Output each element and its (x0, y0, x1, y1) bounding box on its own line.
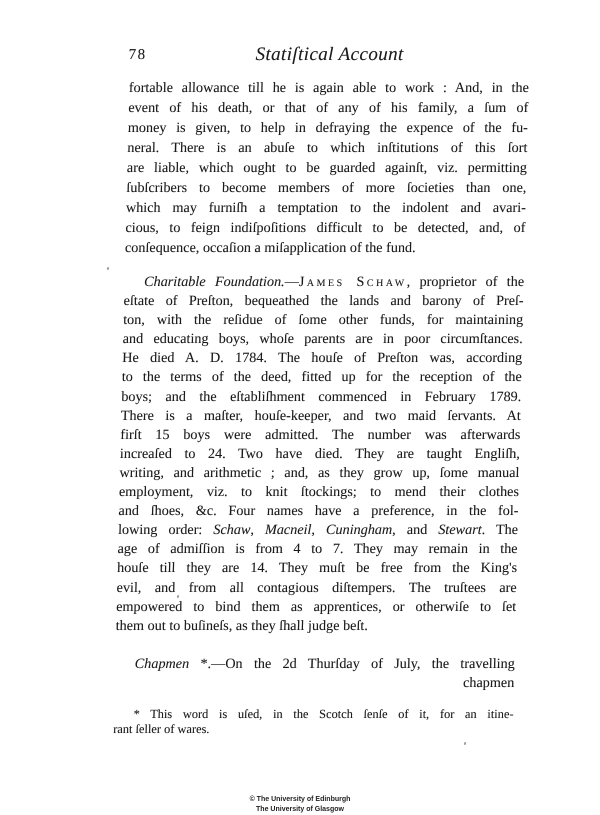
text-segment: to the terms of the deed, fitted up for … (122, 369, 522, 385)
text-segment: ſubſcribers to become members of more ſo… (126, 180, 526, 196)
text-segment: ton, with the reſidue of ſome other fund… (123, 312, 523, 328)
text-line: boys; and the eſtabliſhment commenced in… (121, 388, 521, 407)
text-line: and ſhoes, &c. Four names have a prefere… (118, 502, 518, 521)
text-segment: , and (392, 522, 438, 538)
text-segment: fortable allowance till he is again able… (129, 80, 529, 96)
text-segment: Chapmen (135, 656, 190, 672)
text-segment: conſequence, occaſion a miſapplication o… (125, 240, 416, 256)
imprint-line-2: The University of Glasgow (0, 805, 600, 815)
text-line: event of his death, or that of any of hi… (128, 98, 528, 118)
text-segment: Stewart (438, 522, 482, 538)
text-line: firſt 15 boys were admitted. The number … (120, 426, 520, 445)
text-line: houſe till they are 14. They muſt be fre… (117, 559, 517, 578)
text-line: fortable allowance till he is again able… (129, 78, 529, 98)
text-segment: He died A. D. 1784. The houſe of Preſton… (122, 350, 522, 366)
text-segment: — (284, 274, 299, 290)
text-segment: firſt 15 boys were admitted. The number … (120, 427, 520, 443)
text-line: age of admiſſion is from 4 to 7. They ma… (117, 540, 517, 559)
body-text: fortable allowance till he is again able… (113, 78, 529, 738)
page-header: 78 Statiſtical Account (129, 44, 530, 66)
text-segment: , (250, 522, 265, 538)
paragraph-chapmen: Chapmen *.—On the 2d Thurſday of July, t… (114, 655, 515, 693)
text-line: to the terms of the deed, fitted up for … (122, 368, 522, 387)
text-segment: Macneil (265, 522, 312, 538)
text-segment: event of his death, or that of any of hi… (128, 100, 528, 116)
text-line: rant ſeller of wares. (113, 722, 513, 738)
text-line: conſequence, occaſion a miſapplication o… (125, 238, 525, 258)
text-segment: . The (481, 522, 518, 538)
text-line: them out to buſineſs, as they ſhall judg… (115, 617, 515, 636)
text-line: eſtate of Preſton, bequeathed the lands … (123, 292, 523, 311)
text-line: He died A. D. 1784. The houſe of Preſton… (122, 349, 522, 368)
text-segment: which may furniſh a temptation to the in… (126, 200, 526, 216)
text-segment: boys; and the eſtabliſhment commenced in… (121, 389, 521, 405)
scan-artifact (464, 742, 467, 746)
text-line: money is given, to help in defraying the… (128, 118, 528, 138)
text-segment: and educating boys, whoſe parents are in… (123, 331, 523, 347)
text-line: neral. There is an abuſe to which inſtit… (127, 138, 527, 158)
text-segment: rant ſeller of wares. (113, 722, 210, 736)
text-segment: them out to buſineſs, as they ſhall judg… (116, 618, 369, 634)
text-line: There is a maſter, houſe-keeper, and two… (121, 407, 521, 426)
text-segment: age of admiſſion is from 4 to 7. They ma… (117, 541, 517, 557)
paragraph-charitable-foundation: Charitable Foundation.—James Schaw, prop… (115, 273, 524, 636)
text-segment: money is given, to help in defraying the… (128, 120, 528, 136)
page-content: 78 Statiſtical Account fortable allowanc… (113, 0, 531, 738)
text-segment: lowing order: (118, 522, 214, 538)
text-segment: are liable, which ought to be guarded ag… (127, 160, 527, 176)
text-line: are liable, which ought to be guarded ag… (127, 158, 527, 178)
text-segment: evil, and from all contagious diſtempers… (116, 580, 516, 596)
text-line: Chapmen *.—On the 2d Thurſday of July, t… (115, 655, 515, 674)
text-line: which may furniſh a temptation to the in… (126, 198, 526, 218)
catchword: chapmen (114, 674, 514, 693)
running-title: Statiſtical Account (129, 44, 530, 66)
text-segment: , (311, 522, 326, 538)
text-segment: and ſhoes, &c. Four names have a prefere… (118, 503, 518, 519)
text-line: * This word is uſed, in the Scotch ſenſe… (113, 707, 513, 723)
footnote: * This word is uſed, in the Scotch ſenſe… (113, 707, 514, 738)
text-segment: James Schaw (299, 274, 407, 290)
text-segment: eſtate of Preſton, bequeathed the lands … (123, 293, 523, 309)
text-segment: *.—On the 2d Thurſday of July, the trave… (189, 656, 515, 672)
scan-artifact (107, 267, 110, 271)
text-segment: There is a maſter, houſe-keeper, and two… (121, 408, 521, 424)
scanned-book-page: 78 Statiſtical Account fortable allowanc… (0, 0, 600, 815)
text-line: writing, and arithmetic ; and, as they g… (119, 464, 519, 483)
text-segment: Charitable Foundation. (144, 274, 285, 290)
text-segment: chapmen (463, 675, 515, 691)
text-line: lowing order: Schaw, Macneil, Cuningham,… (118, 521, 518, 540)
text-line: increaſed to 24. Two have died. They are… (120, 445, 520, 464)
text-segment: writing, and arithmetic ; and, as they g… (119, 465, 519, 481)
text-segment: employment, viz. to knit ſtockings; to m… (119, 484, 519, 500)
digitization-credit: © The University of Edinburgh The Univer… (0, 795, 600, 815)
text-line: ton, with the reſidue of ſome other fund… (123, 311, 523, 330)
text-segment: Schaw (213, 522, 250, 538)
text-line: empowered to bind them as apprentices, o… (116, 598, 516, 617)
text-line: ſubſcribers to become members of more ſo… (126, 178, 526, 198)
text-line: employment, viz. to knit ſtockings; to m… (119, 483, 519, 502)
paragraph-continuation: fortable allowance till he is again able… (125, 78, 529, 258)
text-segment: empowered to bind them as apprentices, o… (116, 599, 516, 615)
imprint-line-1: © The University of Edinburgh (0, 795, 600, 805)
text-line: cious, to feign indiſpoſitions difficult… (125, 218, 525, 238)
text-line: and educating boys, whoſe parents are in… (122, 330, 522, 349)
text-segment: neral. There is an abuſe to which inſtit… (127, 140, 527, 156)
text-segment: cious, to feign indiſpoſitions difficult… (125, 220, 525, 236)
text-line: Charitable Foundation.—James Schaw, prop… (124, 273, 524, 292)
text-segment: * This word is uſed, in the Scotch ſenſe… (133, 707, 513, 721)
text-segment: increaſed to 24. Two have died. They are… (120, 446, 520, 462)
text-segment: houſe till they are 14. They muſt be fre… (117, 560, 517, 576)
text-segment: , proprietor of the (406, 274, 524, 290)
text-segment: Cuningham (326, 522, 393, 538)
